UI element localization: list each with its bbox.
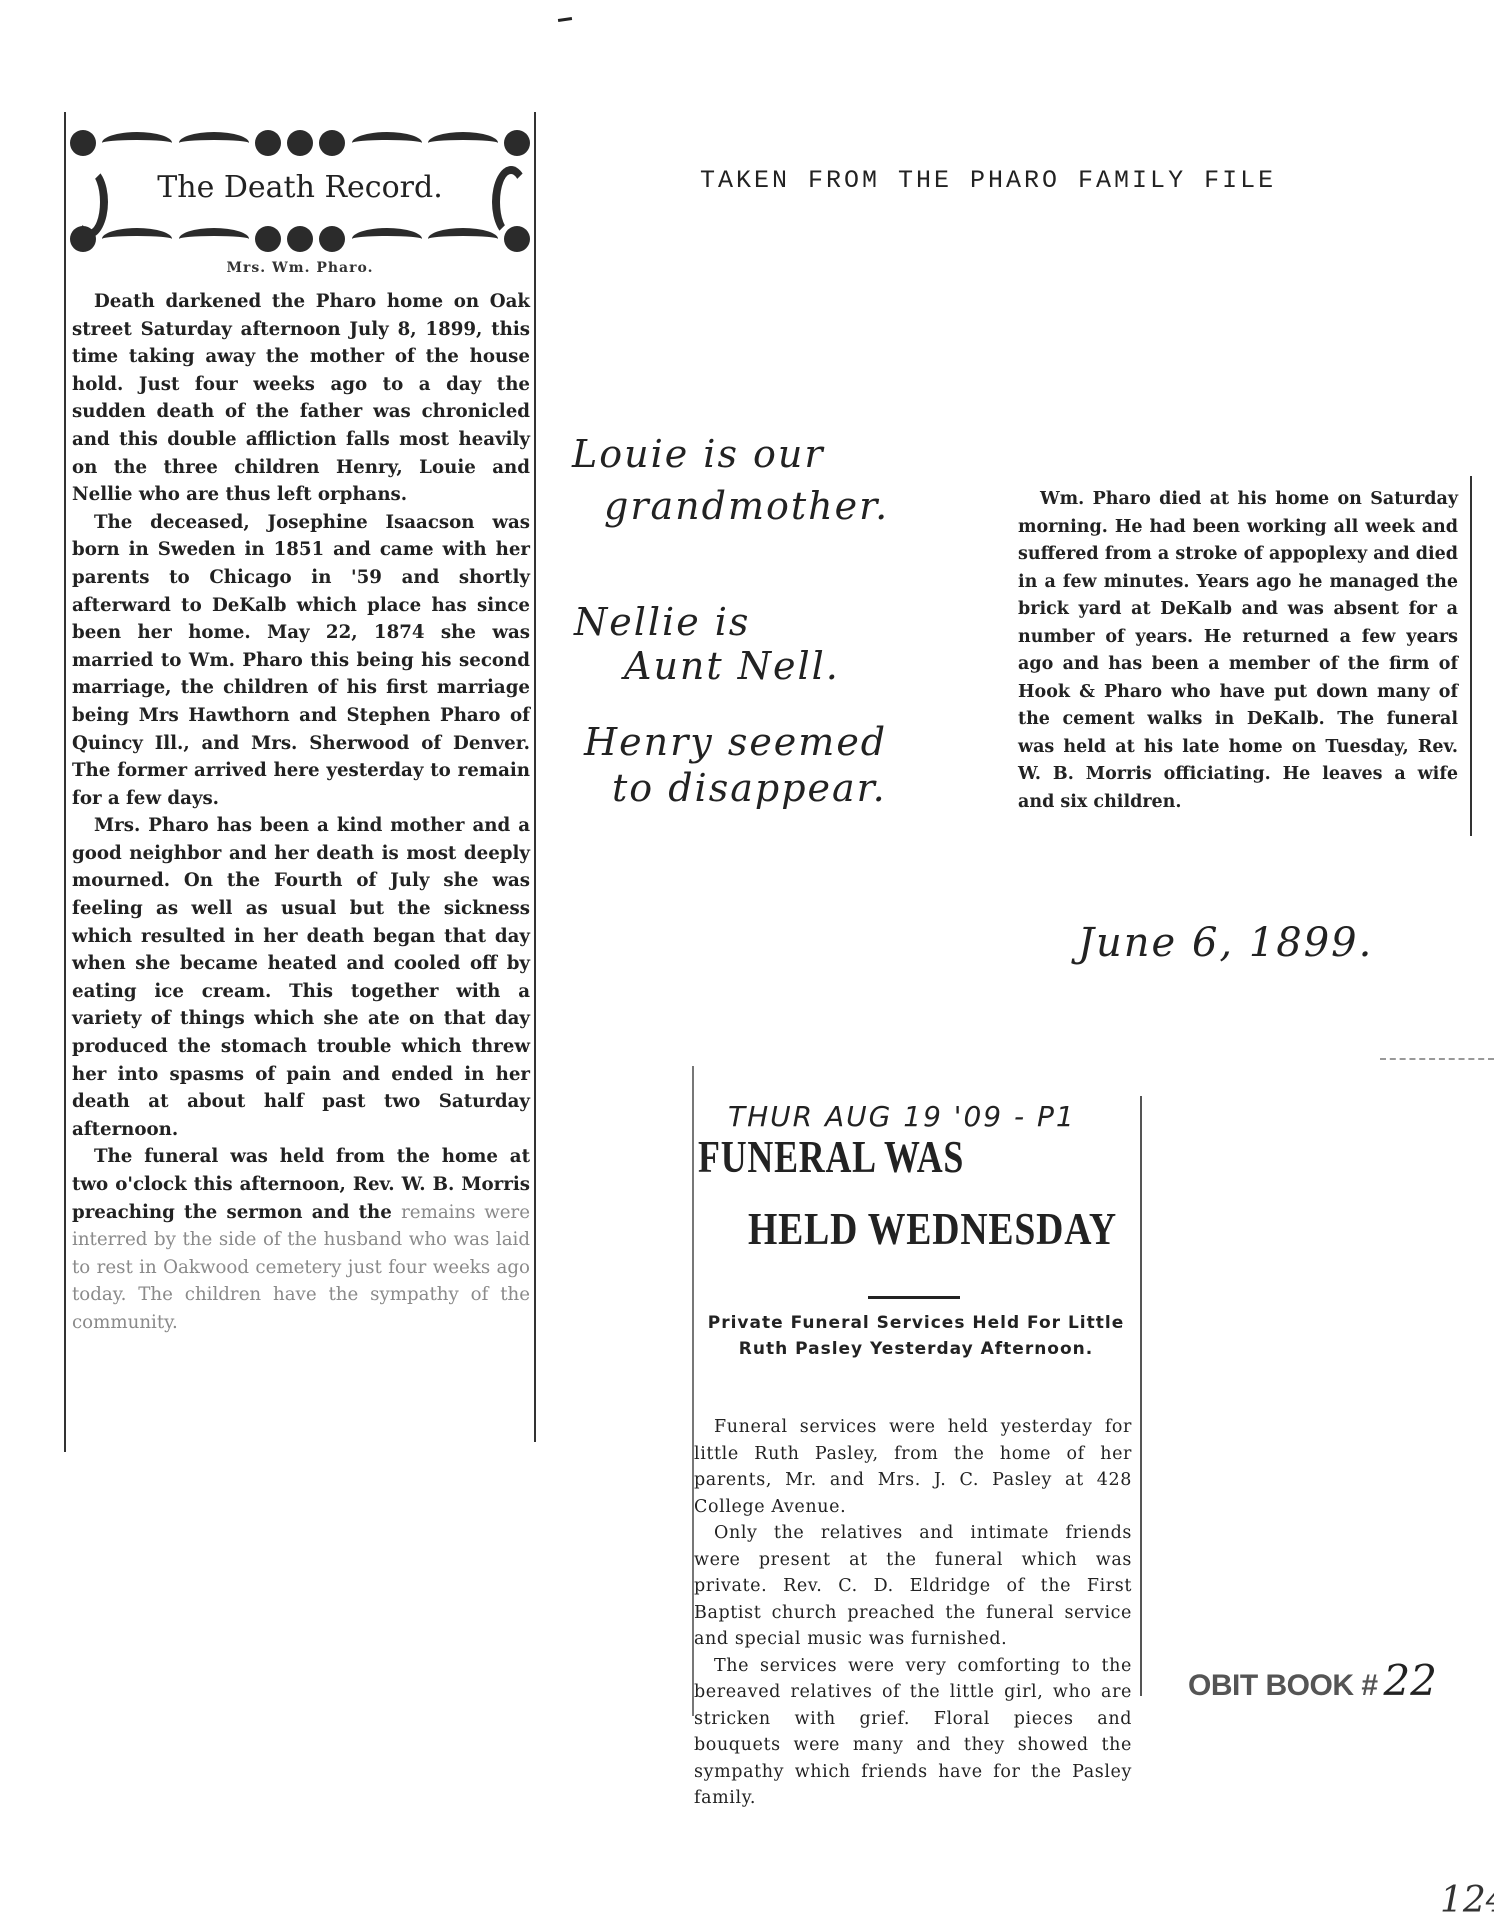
funeral-paragraph: Funeral services were held yesterday for…: [694, 1414, 1132, 1520]
obituary-byline: Mrs. Wm. Pharo.: [70, 260, 530, 276]
headline-divider: [868, 1296, 960, 1299]
handwritten-note-nellie-1: Nellie is: [574, 600, 750, 644]
ornamental-header: The Death Record.: [70, 124, 530, 254]
obit-book-stamp: OBIT BOOK #22: [1188, 1656, 1437, 1705]
handwritten-note-henry-2: to disappear.: [612, 766, 887, 810]
wm-pharo-clipping: Wm. Pharo died at his home on Saturday m…: [1018, 476, 1478, 846]
stray-pen-mark: [558, 17, 572, 22]
obituary-paragraph: Mrs. Pharo has been a kind mother and a …: [72, 812, 530, 1143]
wm-pharo-text: Wm. Pharo died at his home on Saturday m…: [1018, 486, 1458, 816]
funeral-paragraph: Only the relatives and intimate friends …: [694, 1520, 1132, 1653]
funeral-clipping: THUR AUG 19 '09 - P1 FUNERAL WAS HELD WE…: [680, 1066, 1160, 1906]
ornament-border-top: [70, 128, 530, 158]
obituary-paragraph: The deceased, Josephine Isaacson was bor…: [72, 509, 530, 813]
obit-book-number: 22: [1384, 1656, 1437, 1705]
handwritten-date: June 6, 1899.: [1078, 920, 1373, 966]
headline-line-2: HELD WEDNESDAY: [748, 1202, 1117, 1255]
handwritten-note-louie-2: grandmother.: [604, 484, 889, 528]
handwritten-note-louie-1: Louie is our: [572, 432, 825, 476]
column-rule: [64, 112, 66, 1452]
obit-book-label: OBIT BOOK #: [1188, 1669, 1378, 1702]
clipping-edge-mark: [1380, 1058, 1494, 1062]
headline-line-1: FUNERAL WAS: [698, 1130, 964, 1183]
column-rule: [534, 112, 536, 1442]
funeral-paragraph: The services were very comforting to the…: [694, 1653, 1132, 1812]
handwritten-note-nellie-2: Aunt Nell.: [624, 644, 840, 688]
funeral-body: Funeral services were held yesterday for…: [694, 1414, 1132, 1812]
funeral-subhead: Private Funeral Services Held For Little…: [696, 1310, 1136, 1362]
column-rule: [1470, 476, 1472, 836]
obituary-paragraph: Death darkened the Pharo home on Oak str…: [72, 288, 530, 509]
obituary-paragraph: The funeral was held from the home at tw…: [72, 1143, 530, 1336]
death-record-title: The Death Record.: [110, 170, 490, 205]
handwritten-clipping-date: THUR AUG 19 '09 - P1: [728, 1100, 1076, 1133]
page-number: 124: [1440, 1880, 1494, 1921]
column-rule: [1140, 1096, 1142, 1696]
handwritten-note-henry-1: Henry seemed: [584, 720, 887, 764]
page-header: TAKEN FROM THE PHARO FAMILY FILE: [700, 166, 1276, 195]
death-record-clipping: The Death Record. Mrs. Wm. Pharo. Death …: [48, 112, 538, 1452]
ornament-border-bottom: [70, 224, 530, 254]
wm-pharo-paragraph: Wm. Pharo died at his home on Saturday m…: [1018, 486, 1458, 816]
obituary-body: Death darkened the Pharo home on Oak str…: [72, 288, 530, 1337]
